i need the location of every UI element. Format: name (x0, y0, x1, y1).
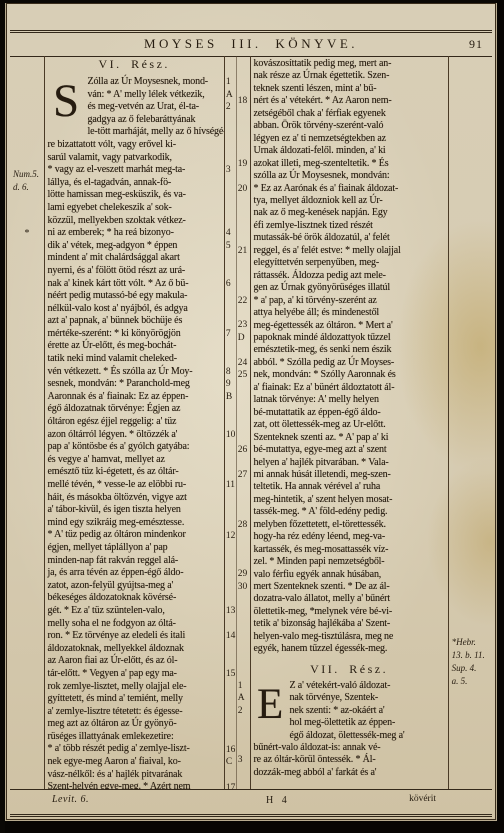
book-page: MOYSES III. KÖNYVE. 91 Num.5. d. 6. * VI… (6, 3, 496, 820)
drop-cap-s: S (48, 77, 85, 127)
verse-number: 4 (226, 228, 231, 239)
verse-number: 13 (226, 606, 236, 617)
verse-number: 11 (226, 480, 235, 491)
chapter-heading-vii: VII. Rész. (251, 656, 448, 680)
right-text-lines-part2: EZ a' vétekért-való áldozat- nak törvény… (251, 680, 448, 780)
verse-number-gutter-right: 181920212223D242526272829301A23 (237, 56, 250, 789)
verse-number: 21 (238, 246, 248, 257)
left-text-column: VI. Rész. SZólla az Úr Moysesnek, mond- … (45, 56, 224, 789)
verse-number: 9 (226, 379, 231, 390)
header-title: MOYSES III. KÖNYVE. (10, 36, 492, 52)
verse-number: 1 (238, 681, 243, 692)
scan-border: MOYSES III. KÖNYVE. 91 Num.5. d. 6. * VI… (0, 0, 504, 833)
verse-number: 23 (238, 320, 248, 331)
verse-number: 6 (226, 279, 231, 290)
verse-number: 12 (226, 531, 236, 542)
right-margin-notes: *Hebr. 13. b. 11. Sup. 4. a. 5. (449, 56, 492, 789)
verse-number: 29 (238, 569, 248, 580)
verse-number: 26 (238, 445, 248, 456)
right-text-lines-part1: kovászosíttatik pedig meg, mert an- nak … (251, 56, 448, 656)
verse-number: A (226, 90, 233, 101)
signature-mark: H 4 (266, 795, 290, 806)
drop-cap-e: E (254, 681, 287, 731)
margin-asterisk: * (24, 228, 29, 239)
page-number: 91 (469, 37, 483, 52)
verse-number: 2 (238, 706, 243, 717)
margin-note: Num.5. d. 6. (13, 168, 43, 194)
right-text-column: kovászosíttatik pedig meg, mert an- nak … (251, 56, 448, 789)
verse-number: 16 (226, 745, 236, 756)
content: Num.5. d. 6. * VI. Rész. SZólla az Úr Mo… (10, 56, 492, 789)
catchword: kövérit (409, 794, 436, 804)
footer-book-ref: Levit. 6. (52, 794, 89, 805)
verse-number: B (226, 392, 232, 403)
running-header: MOYSES III. KÖNYVE. 91 (10, 30, 492, 57)
margin-note: *Hebr. 13. b. 11. Sup. 4. a. 5. (452, 636, 491, 688)
verse-number: 5 (226, 241, 231, 252)
verse-number: 19 (238, 159, 248, 170)
verse-number-gutter-left: 1A23456789B10111213141516C17 (225, 56, 236, 789)
verse-number: A (238, 693, 245, 704)
verse-number: 14 (226, 631, 236, 642)
verse-number: 3 (226, 165, 231, 176)
verse-number: 24 (238, 358, 248, 369)
verse-number: 7 (226, 329, 231, 340)
verse-number: 30 (238, 582, 248, 593)
verse-number: 27 (238, 470, 248, 481)
verse-number: 28 (238, 520, 248, 531)
verse-number: 20 (238, 184, 248, 195)
verse-number: 10 (226, 430, 236, 441)
verse-number: 1 (226, 77, 231, 88)
left-text-body: Zólla az Úr Moysesnek, mond- ván: * A' m… (48, 76, 224, 789)
verse-number: 22 (238, 296, 248, 307)
verse-number: 25 (238, 370, 248, 381)
verse-number: 18 (238, 96, 248, 107)
verse-number: C (226, 757, 232, 768)
verse-number: 15 (226, 669, 236, 680)
left-text-lines: SZólla az Úr Moysesnek, mond- ván: * A' … (45, 74, 224, 789)
verse-number: 2 (226, 102, 231, 113)
left-margin-notes: Num.5. d. 6. * (10, 56, 44, 789)
chapter-heading-vi: VI. Rész. (45, 56, 224, 74)
verse-number: D (238, 333, 245, 344)
verse-number: 3 (238, 755, 243, 766)
footer: Levit. 6. H 4 kövérit (10, 789, 492, 817)
verse-number: 8 (226, 367, 231, 378)
